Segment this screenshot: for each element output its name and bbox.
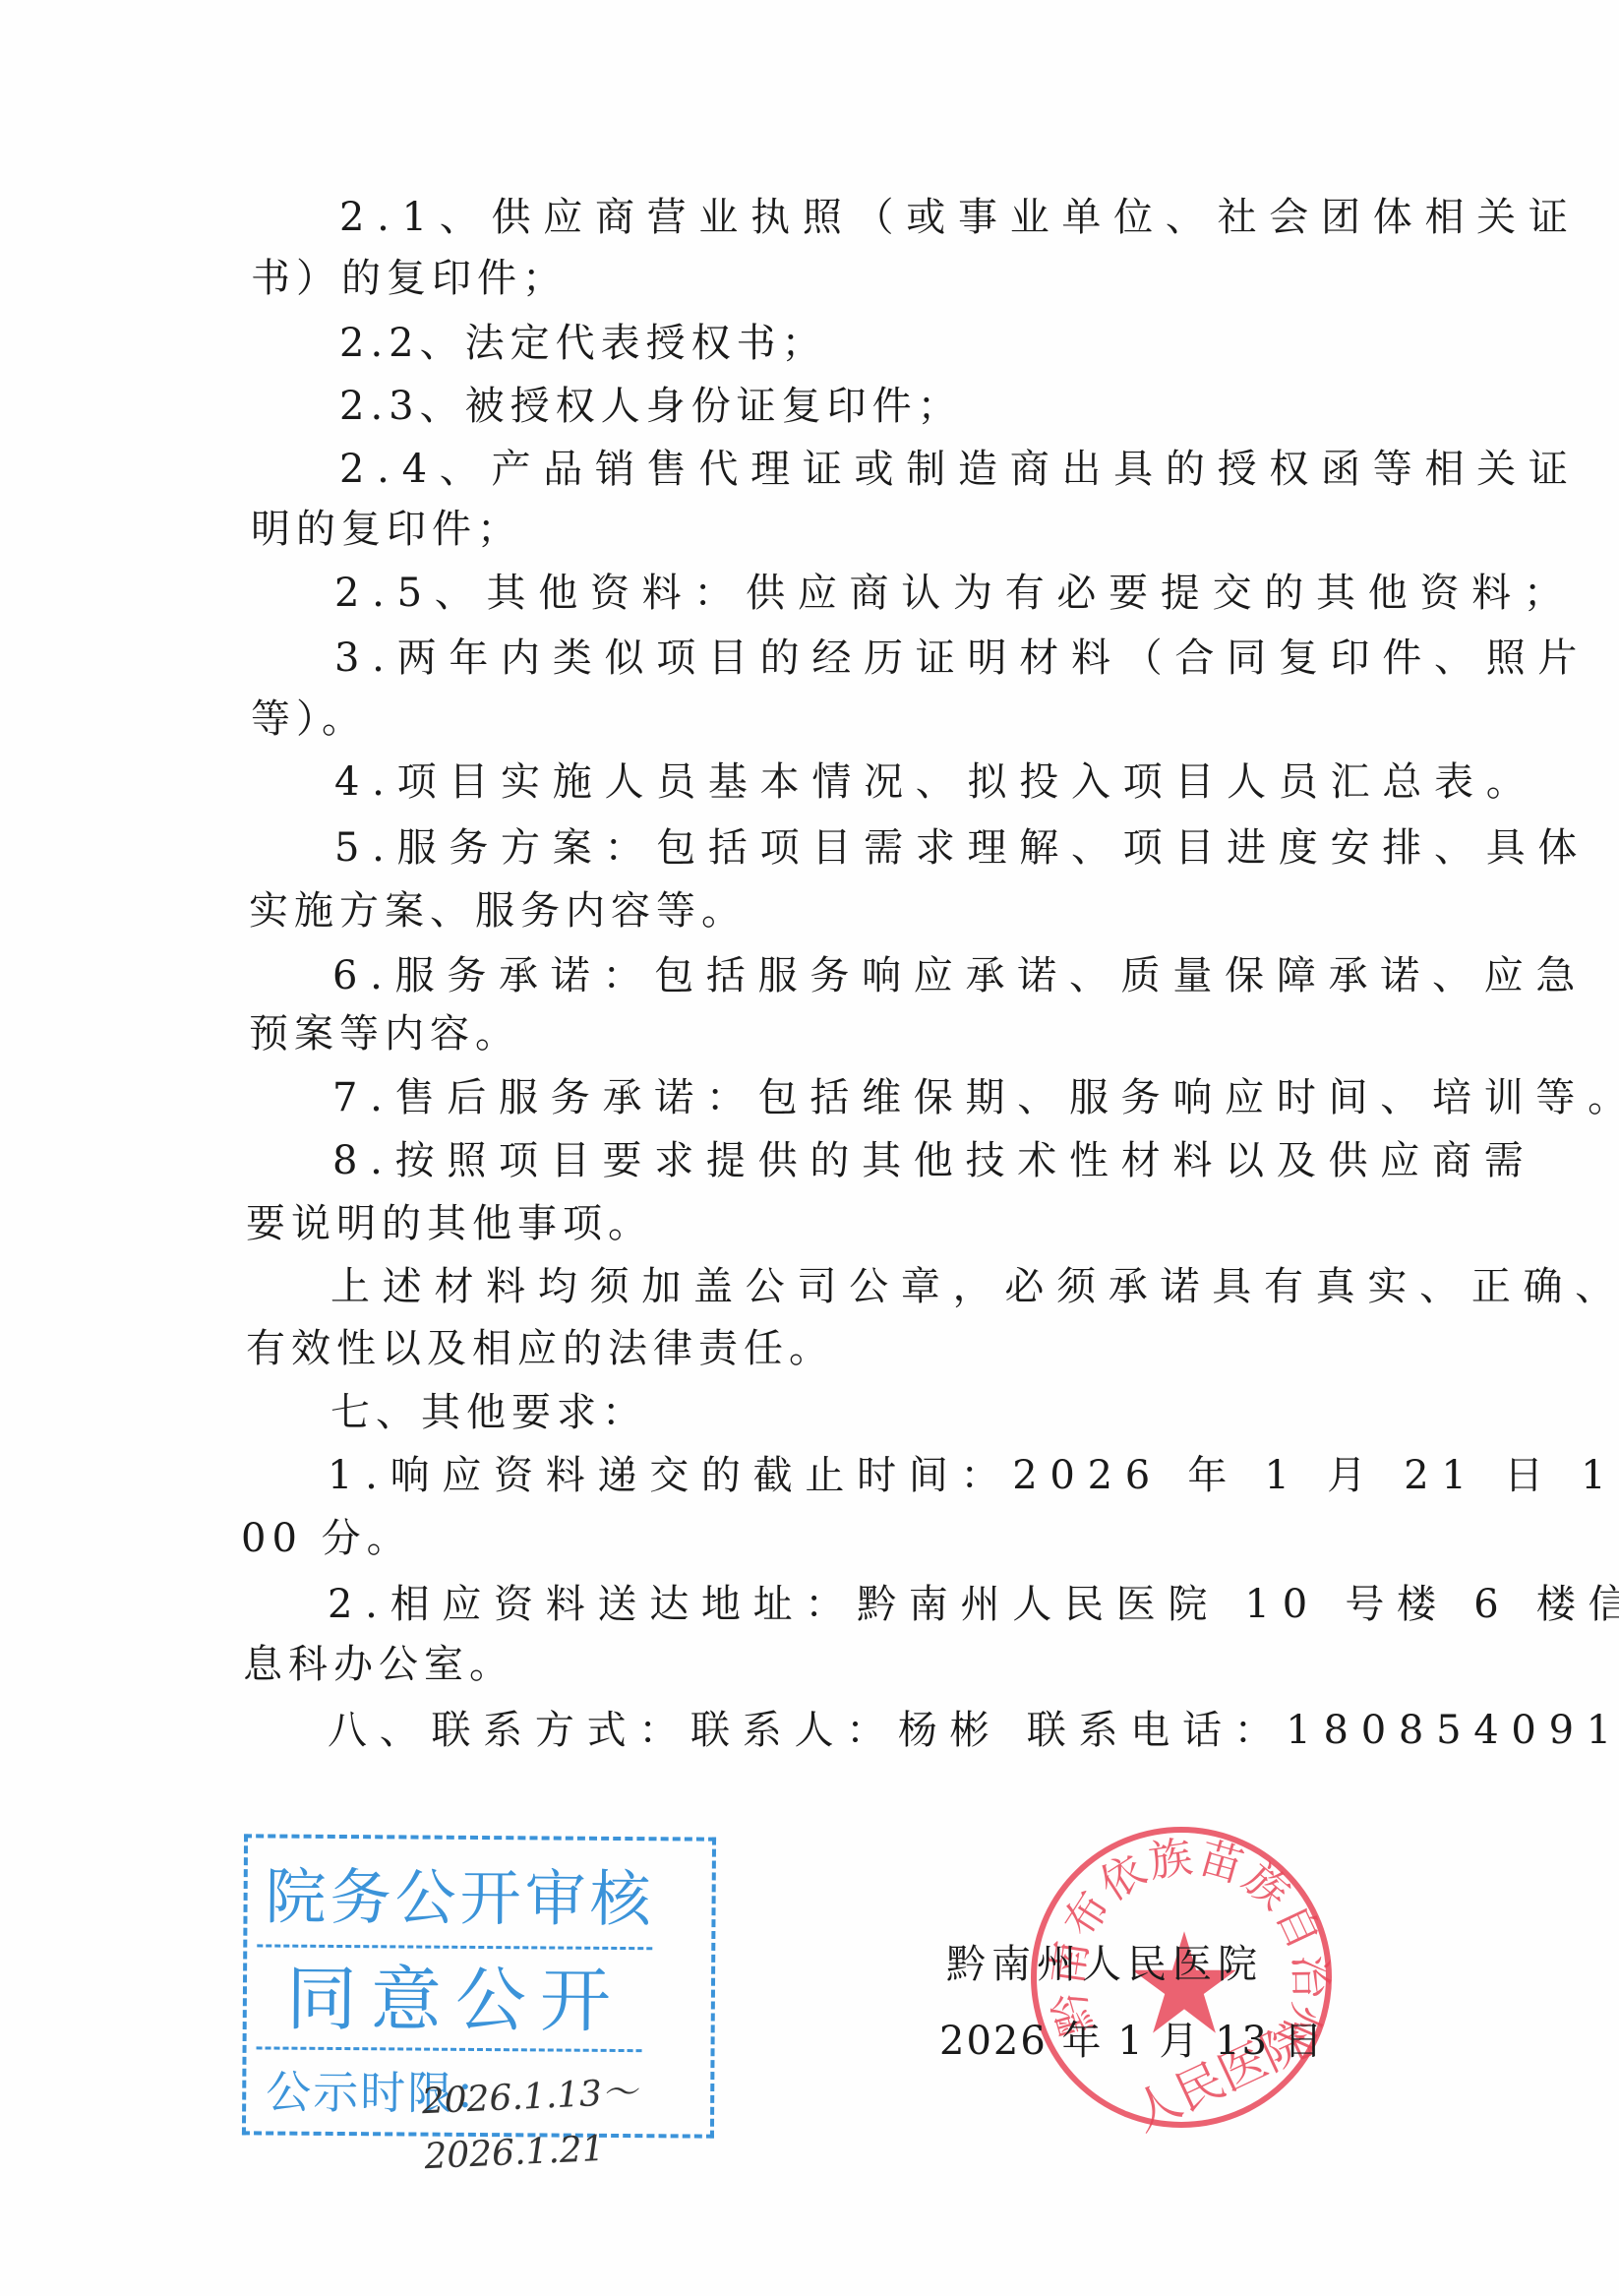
stamp-title: 院务公开审核 xyxy=(265,1857,679,1939)
document-line: 要说明的其他事项。 xyxy=(246,1199,653,1248)
document-line: 2 . 5 、 其 他 资 料 ： 供 应 商 认 为 有 必 要 提 交 的 … xyxy=(334,569,1349,618)
stamp-approval-text: 同意公开 xyxy=(286,1955,681,2046)
document-line: 七、其他要求： xyxy=(330,1388,647,1437)
document-page: 2 . 1 、 供 应 商 营 业 执 照 （ 或 事 业 单 位 、 社 会 … xyxy=(0,0,1619,2296)
document-line: 8 . 按 照 项 目 要 求 提 供 的 其 他 技 术 性 材 料 以 及 … xyxy=(332,1136,1326,1185)
document-line: 5 . 服 务 方 案 ： 包 括 项 目 需 求 理 解 、 项 目 进 度 … xyxy=(334,823,1370,873)
document-line: 7 . 售 后 服 务 承 诺 ： 包 括 维 保 期 、 服 务 响 应 时 … xyxy=(332,1073,1370,1122)
document-line: 4 . 项 目 实 施 人 员 基 本 情 况 、 拟 投 入 项 目 人 员 … xyxy=(334,757,1318,807)
document-line: 2.3、被授权人身份证复印件； xyxy=(339,382,963,431)
signature-date: 2026 年 1 月 13 日 xyxy=(939,2017,1325,2066)
document-line: 有效性以及相应的法律责任。 xyxy=(246,1324,834,1373)
stamp-divider xyxy=(257,2046,642,2052)
document-line: 2 . 相 应 资 料 送 达 地 址 ： 黔 南 州 人 民 医 院 1 0 … xyxy=(328,1580,1346,1629)
document-line: 预案等内容。 xyxy=(249,1009,520,1058)
document-line: 上 述 材 料 均 须 加 盖 公 司 公 章 ， 必 须 承 诺 具 有 真 … xyxy=(330,1262,1370,1311)
document-line: 00 分。 xyxy=(241,1514,412,1563)
stamp-divider xyxy=(257,1944,652,1950)
document-line: 等）。 xyxy=(251,695,367,744)
review-approval-stamp: 院务公开审核 同意公开 公示时限： 2026.1.13～2026.1.21 xyxy=(242,1834,716,2138)
document-line: 八 、 联 系 方 式 ： 联 系 人 ： 杨 彬 联 系 电 话 ： 1 8 … xyxy=(328,1706,1368,1755)
document-line: 2 . 1 、 供 应 商 营 业 执 照 （ 或 事 业 单 位 、 社 会 … xyxy=(339,193,1364,242)
document-line: 实施方案、服务内容等。 xyxy=(249,886,747,936)
document-line: 3 . 两 年 内 类 似 项 目 的 经 历 证 明 材 料 （ 合 同 复 … xyxy=(334,634,1370,683)
signature-organization: 黔南州人民医院 xyxy=(946,1940,1263,1989)
document-line: 2.2、法定代表授权书； xyxy=(339,319,827,368)
document-line: 明的复印件； xyxy=(251,505,522,554)
document-line: 1 . 响 应 资 料 递 交 的 截 止 时 间 ： 2 0 2 6 年 1 … xyxy=(328,1451,1336,1500)
document-line: 书）的复印件； xyxy=(251,254,568,303)
document-line: 息科办公室。 xyxy=(243,1640,514,1689)
stamp-period-handwritten: 2026.1.13～2026.1.21 xyxy=(421,2062,713,2185)
document-line: 2 . 4 、 产 品 销 售 代 理 证 或 制 造 商 出 具 的 授 权 … xyxy=(339,445,1364,494)
document-line: 6 . 服 务 承 诺 ： 包 括 服 务 响 应 承 诺 、 质 量 保 障 … xyxy=(332,951,1368,1000)
